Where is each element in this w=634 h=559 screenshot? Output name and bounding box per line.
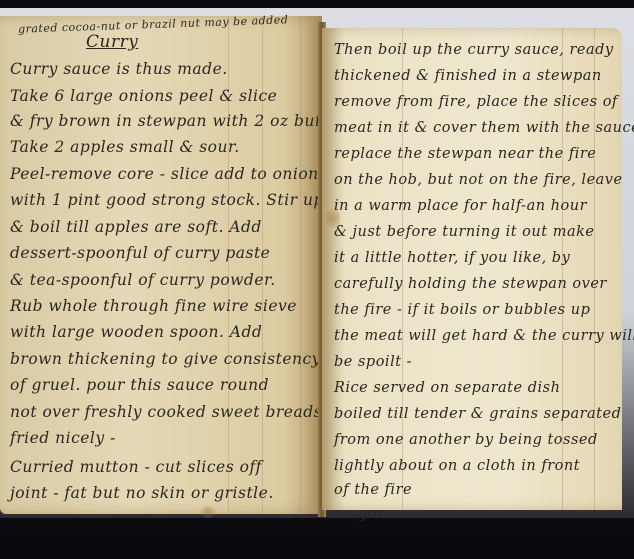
text-line: meat in it & cover them with the sauce; [334, 120, 634, 136]
text-line: from one another by being tossed [334, 432, 598, 448]
text-line: Take 6 large onions peel & slice [10, 87, 277, 105]
text-line: remove from fire, place the slices of [334, 94, 618, 110]
text-line: carefully holding the stewpan over [334, 276, 607, 292]
text-line: Rice served on separate dish [334, 380, 560, 396]
text-line: dessert-spoonful of curry paste [10, 244, 270, 262]
text-line: boiled till tender & grains separated [334, 406, 621, 422]
text-line: Rub whole through fine wire sieve [10, 297, 297, 315]
text-line: of gruel. pour this sauce round [10, 376, 269, 394]
text-line: Peel-remove core - slice add to onions [10, 165, 327, 183]
left-page: grated cocoa-nut or brazil nut may be ad… [0, 16, 322, 514]
text-line: Curried mutton - cut slices off [10, 458, 262, 476]
text-line: brown thickening to give consistency [10, 350, 321, 368]
text-line: in a warm place for half-an hour [334, 198, 587, 214]
text-line: Take 2 apples small & sour. [10, 138, 240, 156]
text-line: Then boil up the curry sauce, ready [334, 42, 614, 58]
text-line: on the hob, but not on the fire, leave [334, 172, 623, 188]
text-line: & just before turning it out make [334, 224, 594, 240]
text-line: with 1 pint good strong stock. Stir up [10, 191, 324, 209]
text-line: lightly about on a cloth in front [334, 458, 580, 474]
signature-mark: gor [358, 506, 384, 522]
text-line: joint - fat but no skin or gristle. [10, 484, 274, 502]
text-line: thickened & finished in a stewpan [334, 68, 602, 84]
text-line: & boil till apples are soft. Add [10, 218, 262, 236]
text-line: fried nicely - [10, 429, 116, 447]
text-line: be spoilt - [334, 354, 412, 370]
text-line: not over freshly cooked sweet breads [10, 403, 322, 421]
photo-bottom-shadow [0, 537, 634, 559]
text-line: & tea-spoonful of curry powder. [10, 271, 276, 289]
text-line: the fire - if it boils or bubbles up [334, 302, 590, 318]
text-line: it a little hotter, if you like, by [334, 250, 570, 266]
text-line: the meat will get hard & the curry will [334, 328, 634, 344]
text-line: & fry brown in stewpan with 2 oz butter. [10, 112, 350, 130]
margin-rule [300, 16, 301, 514]
paper-stain [200, 506, 216, 518]
text-line: replace the stewpan near the fire [334, 146, 596, 162]
text-line: with large wooden spoon. Add [10, 323, 262, 341]
open-notebook: grated cocoa-nut or brazil nut may be ad… [0, 12, 634, 547]
text-line: of the fire [334, 482, 412, 498]
text-line: Curry sauce is thus made. [10, 60, 228, 78]
recipe-title: Curry [86, 32, 138, 52]
right-page: Then boil up the curry sauce, ready thic… [322, 28, 622, 510]
top-note: grated cocoa-nut or brazil nut may be ad… [18, 13, 289, 35]
